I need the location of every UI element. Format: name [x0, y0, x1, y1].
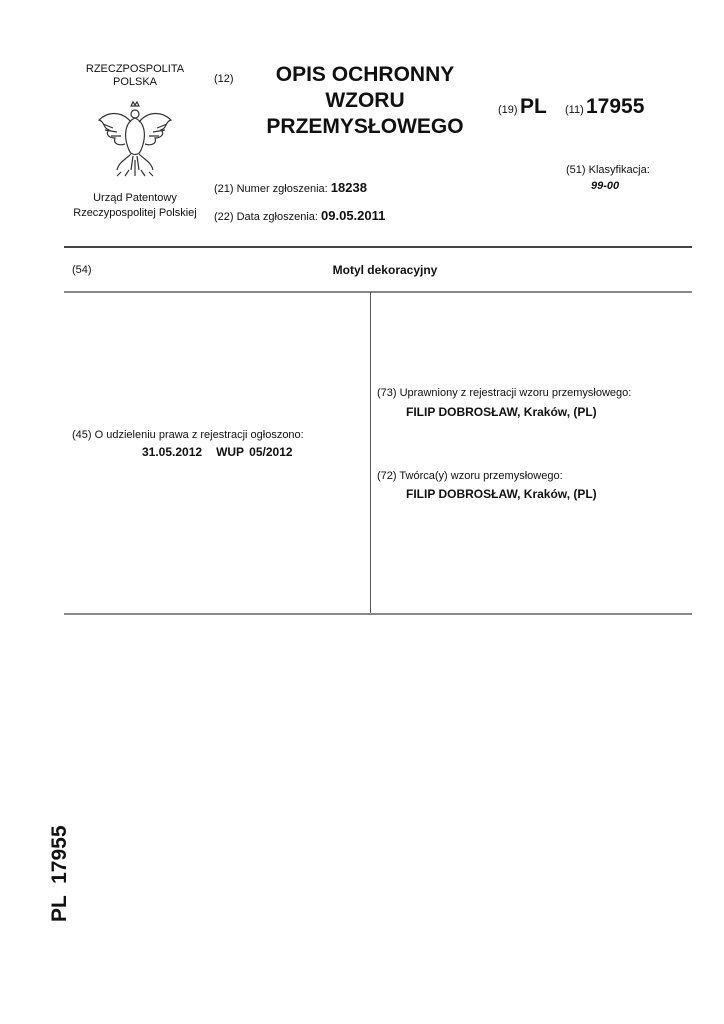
- subject-code: (54): [72, 264, 92, 276]
- polish-eagle-emblem-icon: [95, 100, 175, 182]
- classification-label: (51) Klasyfikacja:: [566, 164, 650, 176]
- grant-label: (45) O udzieleniu prawa z rejestracji og…: [72, 429, 304, 441]
- subject-title: Motyl dekoracyjny: [300, 263, 470, 277]
- country-line-2: POLSKA: [70, 76, 200, 89]
- office-line-1: Urząd Patentowy: [62, 191, 208, 206]
- application-number-label: (21) Numer zgłoszenia:: [214, 183, 328, 195]
- holder-value: FILIP DOBROSŁAW, Kraków, (PL): [406, 405, 597, 419]
- column-divider: [370, 292, 371, 614]
- side-document-number: PL 17955: [48, 822, 72, 922]
- country-name: RZECZPOSPOLITA POLSKA: [70, 63, 200, 89]
- title-line-1: OPIS OCHRONNY: [250, 62, 480, 88]
- patent-office-name: Urząd Patentowy Rzeczypospolitej Polskie…: [62, 191, 208, 221]
- country-line-1: RZECZPOSPOLITA: [70, 63, 200, 76]
- application-date-label: (22) Data zgłoszenia:: [214, 211, 318, 223]
- doc-type-code: (12): [214, 73, 234, 85]
- application-date-value: 09.05.2011: [321, 208, 385, 223]
- divider-middle: [64, 291, 692, 293]
- title-line-3: PRZEMYSŁOWEGO: [250, 114, 480, 140]
- creator-label: (72) Twórca(y) wzoru przemysłowego:: [377, 470, 563, 482]
- office-line-2: Rzeczypospolitej Polskiej: [62, 206, 208, 221]
- document-title: OPIS OCHRONNY WZORU PRZEMYSŁOWEGO: [250, 62, 480, 140]
- title-line-2: WZORU: [250, 88, 480, 114]
- country-code: PL: [520, 95, 547, 119]
- grant-value: 31.05.2012WUP 05/2012: [142, 445, 293, 459]
- divider-bottom: [64, 613, 692, 615]
- classification-value: 99-00: [591, 180, 619, 192]
- doc-number-label: (11): [565, 104, 584, 116]
- country-code-label: (19): [498, 104, 518, 116]
- application-number-value: 18238: [331, 180, 367, 195]
- grant-date: 31.05.2012: [142, 445, 202, 459]
- divider-top: [64, 246, 692, 248]
- creator-value: FILIP DOBROSŁAW, Kraków, (PL): [406, 487, 597, 501]
- grant-bulletin: WUP 05/2012: [216, 445, 293, 459]
- application-number: (21) Numer zgłoszenia: 18238: [214, 180, 367, 195]
- doc-number: 17955: [586, 95, 644, 119]
- application-date: (22) Data zgłoszenia: 09.05.2011: [214, 208, 385, 223]
- holder-label: (73) Uprawniony z rejestracji wzoru prze…: [377, 387, 631, 399]
